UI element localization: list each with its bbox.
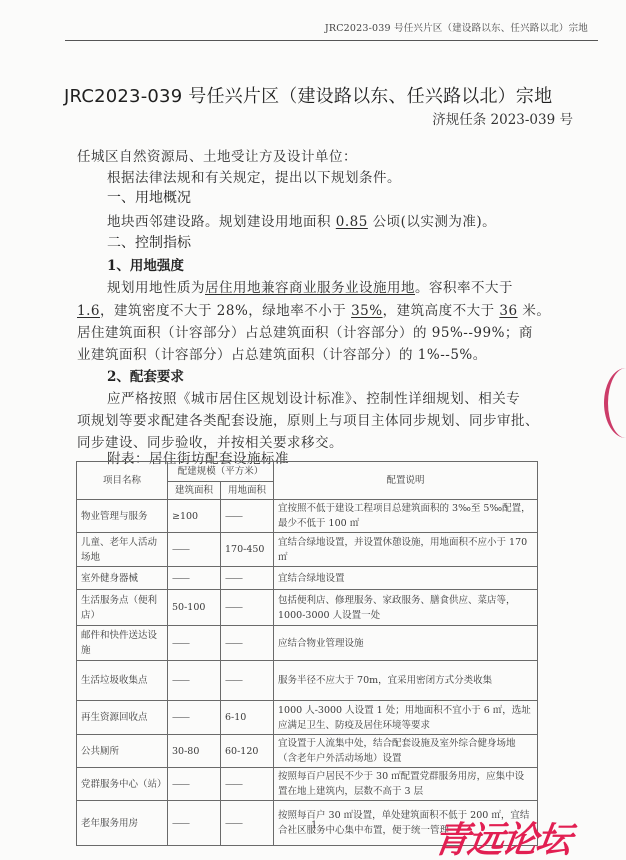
cell-land: —— xyxy=(221,768,274,801)
cell-desc: 宜结合绿地设置，并设置休憩设施，用地面积不应小于 170 ㎡ xyxy=(274,533,538,567)
intensity-line-4: 业建筑面积（计容部分）占总建筑面积（计容部分）的 1%--5%。 xyxy=(77,343,487,363)
cell-land: —— xyxy=(221,626,274,661)
table-row: 物业管理与服务 ≥100 —— 宜按照不低于建设工程项目总建筑面积的 3‰至 5… xyxy=(77,500,538,533)
cell-building: —— xyxy=(168,567,221,590)
header-rule xyxy=(65,40,598,41)
cell-name: 老年服务用房 xyxy=(77,801,168,846)
table-row: 党群服务中心（站） —— —— 按照每百户居民不少于 30 ㎡配置党群服务用房，… xyxy=(77,768,538,801)
site-area-value: 0.85 xyxy=(336,214,368,230)
cell-land: 170-450 xyxy=(221,533,274,567)
site-text-after: 公顷(以实测为准)。 xyxy=(368,214,496,230)
document-number: 济规任条 2023-039 号 xyxy=(330,108,573,128)
cell-desc: 包括便利店、修理服务、家政服务、膳食供应、菜店等，1000-3000 人设置一处 xyxy=(274,590,538,626)
cell-land: —— xyxy=(221,801,274,846)
watermark-logo: 青远论坛 xyxy=(430,812,573,860)
cell-name: 再生资源回收点 xyxy=(77,701,168,735)
subsection-2-heading: 2、配套要求 xyxy=(107,365,184,385)
cell-name: 室外健身器械 xyxy=(77,567,168,590)
site-text-before: 地块西邻建设路。规划建设用地面积 xyxy=(107,214,336,230)
subsection-1-heading: 1、用地强度 xyxy=(107,254,184,274)
cell-desc: 服务半径不应大于 70m，宜采用密闭方式分类收集 xyxy=(274,661,538,701)
table-row: 再生资源回收点 —— 6-10 1000 人-3000 人设置 1 处；用地面积… xyxy=(77,701,538,735)
cell-name: 生活垃圾收集点 xyxy=(77,661,168,701)
land-use-value: 居住用地兼容商业服务业设施用地 xyxy=(205,280,415,296)
cell-land: 6-10 xyxy=(221,701,274,735)
facilities-line-1: 应严格按照《城市居住区规划设计标准》、控制性详细规划、相关专 xyxy=(107,387,520,407)
page-number: 1 xyxy=(311,820,317,831)
cell-desc: 应结合物业管理设施 xyxy=(274,626,538,661)
cell-desc: 宜结合绿地设置 xyxy=(274,567,538,590)
cell-building: —— xyxy=(168,661,221,701)
salutation: 任城区自然资源局、土地受让方及设计单位： xyxy=(77,145,357,165)
document-title: JRC2023-039 号任兴片区（建设路以东、任兴路以北）宗地 xyxy=(64,82,552,108)
intensity-line-1: 规划用地性质为居住用地兼容商业服务业设施用地。容积率不大于 xyxy=(107,276,513,296)
cell-land: —— xyxy=(221,567,274,590)
table-row: 生活垃圾收集点 —— —— 服务半径不应大于 70m，宜采用密闭方式分类收集 xyxy=(77,661,538,701)
header-project-name: 项目名称 xyxy=(77,462,168,500)
text: 规划用地性质为 xyxy=(107,280,205,296)
text: ，建筑高度不大于 xyxy=(383,303,500,319)
cell-name: 党群服务中心（站） xyxy=(77,768,168,801)
table-row: 公共厕所 30-80 60-120 宜设置于人流集中处，结合配套设施及室外综合健… xyxy=(77,735,538,768)
running-header: JRC2023-039 号任兴片区（建设路以东、任兴路以北）宗地 xyxy=(288,20,588,34)
table-row: 儿童、老年人活动场地 —— 170-450 宜结合绿地设置，并设置休憩设施，用地… xyxy=(77,533,538,567)
cell-building: —— xyxy=(168,533,221,567)
intro-paragraph: 根据法律法规和有关规定，提出以下规划条件。 xyxy=(107,166,401,186)
cell-building: 50-100 xyxy=(168,590,221,626)
section-1-text: 地块西邻建设路。规划建设用地面积 0.85 公顷(以实测为准)。 xyxy=(107,210,496,230)
header-description: 配置说明 xyxy=(274,462,538,500)
cell-building: ≥100 xyxy=(168,500,221,533)
table-row: 邮件和快件送达设施 —— —— 应结合物业管理设施 xyxy=(77,626,538,661)
intensity-line-2: 1.6，建筑密度不大于 28%，绿地率不小于 35%，建筑高度不大于 36 米。 xyxy=(77,299,550,319)
intensity-line-3: 居住建筑面积（计容部分）占总建筑面积（计容部分）的 95%--99%；商 xyxy=(77,321,533,341)
cell-name: 生活服务点（便利店） xyxy=(77,590,168,626)
cell-name: 公共厕所 xyxy=(77,735,168,768)
cell-land: —— xyxy=(221,661,274,701)
cell-land: —— xyxy=(221,590,274,626)
cell-building: —— xyxy=(168,801,221,846)
text: 米。 xyxy=(518,303,551,319)
facilities-line-2: 项规划等要求配建各类配套设施，原则上与项目主体同步规划、同步审批、 xyxy=(77,409,539,429)
header-scale: 配建规模（平方米） xyxy=(168,462,274,482)
cell-name: 物业管理与服务 xyxy=(77,500,168,533)
section-2-heading: 二、控制指标 xyxy=(107,232,191,252)
cell-building: —— xyxy=(168,768,221,801)
cell-building: 30-80 xyxy=(168,735,221,768)
facilities-table: 项目名称 配建规模（平方米） 配置说明 建筑面积 用地面积 物业管理与服务 ≥1… xyxy=(76,461,538,846)
cell-name: 儿童、老年人活动场地 xyxy=(77,533,168,567)
cell-desc: 按照每百户居民不少于 30 ㎡配置党群服务用房，应集中设置在地上建筑内，层数不高… xyxy=(274,768,538,801)
far-value: 1.6 xyxy=(77,303,100,319)
cell-desc: 宜按照不低于建设工程项目总建筑面积的 3‰至 5‰配置，最少不低于 100 ㎡ xyxy=(274,500,538,533)
cell-desc: 1000 人-3000 人设置 1 处；用地面积不宜小于 6 ㎡，选址应满足卫生… xyxy=(274,701,538,735)
green-ratio-value: 35% xyxy=(351,303,383,319)
height-value: 36 xyxy=(499,303,517,319)
cell-desc: 宜设置于人流集中处，结合配套设施及室外综合健身场地（含老年户外活动场地）设置 xyxy=(274,735,538,768)
cell-land: 60-120 xyxy=(221,735,274,768)
header-building-area: 建筑面积 xyxy=(168,482,221,500)
cell-land: —— xyxy=(221,500,274,533)
cell-name: 邮件和快件送达设施 xyxy=(77,626,168,661)
cell-building: —— xyxy=(168,701,221,735)
text: ，建筑密度不大于 28%，绿地率不小于 xyxy=(100,303,351,319)
official-stamp-edge xyxy=(604,368,626,438)
table-row: 生活服务点（便利店） 50-100 —— 包括便利店、修理服务、家政服务、膳食供… xyxy=(77,590,538,626)
text: 。容积率不大于 xyxy=(415,280,513,296)
header-land-area: 用地面积 xyxy=(221,482,274,500)
section-1-heading: 一、用地概况 xyxy=(107,187,191,207)
cell-building: —— xyxy=(168,626,221,661)
table-row: 室外健身器械 —— —— 宜结合绿地设置 xyxy=(77,567,538,590)
